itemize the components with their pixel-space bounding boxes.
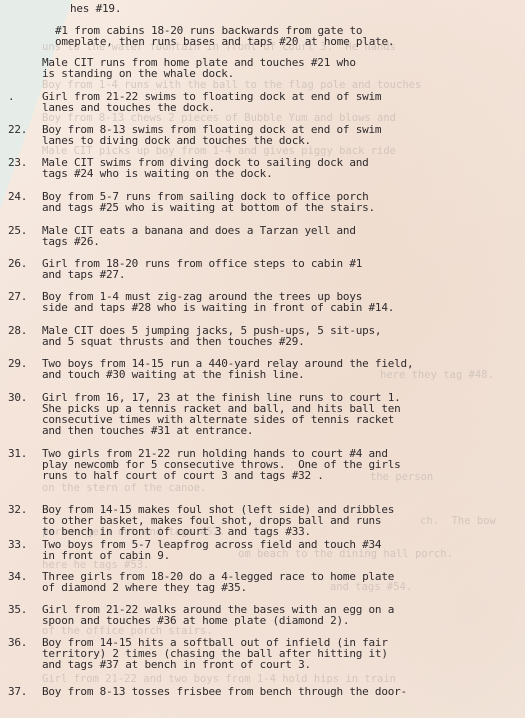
item-number: 22.	[8, 124, 27, 135]
item-text: Girl from 21-22 swims to floating dock a…	[42, 91, 381, 113]
item-number: 30.	[8, 392, 27, 403]
item-text: hes #19.	[70, 3, 121, 14]
item-line: omeplate, then runs bases and taps #20 a…	[55, 36, 394, 47]
item-text: Girl from 21-22 walks around the bases w…	[42, 604, 394, 626]
item-number: 34.	[8, 571, 27, 582]
item-line: in front of cabin 9.	[42, 550, 381, 561]
item-text: Girl from 16, 17, 23 at the finish line …	[42, 392, 401, 436]
item-text: #1 from cabins 18-20 runs backwards from…	[55, 25, 394, 47]
item-text: Male CIT runs from home plate and touche…	[42, 57, 356, 79]
item-line: side and taps #28 who is waiting in fron…	[42, 302, 394, 313]
item-text: Girl from 18-20 runs from office steps t…	[42, 258, 362, 280]
item-line: of diamond 2 where they tag #35.	[42, 582, 394, 593]
item-number: .	[8, 91, 14, 102]
document-page: hes #19.#1 from cabins 18-20 runs backwa…	[0, 0, 525, 718]
item-line: and tags #37 at bench in front of court …	[42, 659, 388, 670]
item-number: 29.	[8, 358, 27, 369]
item-number: 28.	[8, 325, 27, 336]
item-line: Boy from 8-13 tosses frisbee from bench …	[42, 686, 407, 697]
item-text: Two girls from 21-22 run holding hands t…	[42, 448, 401, 481]
item-line: and touch #30 waiting at the finish line…	[42, 369, 413, 380]
item-number: 31.	[8, 448, 27, 459]
item-number: 24.	[8, 191, 27, 202]
item-text: Boy from 8-13 tosses frisbee from bench …	[42, 686, 407, 697]
item-text: Boy from 5-7 runs from sailing dock to o…	[42, 191, 375, 213]
item-number: 37.	[8, 686, 27, 697]
item-text: Two boys from 5-7 leapfrog across field …	[42, 539, 381, 561]
item-number: 27.	[8, 291, 27, 302]
item-text: Three girls from 18-20 do a 4-legged rac…	[42, 571, 394, 593]
item-text: Boy from 8-13 swims from floating dock a…	[42, 124, 381, 146]
item-line: hes #19.	[70, 3, 121, 14]
item-number: 36.	[8, 637, 27, 648]
item-line: tags #26.	[42, 236, 356, 247]
item-number: 33.	[8, 539, 27, 550]
item-text: Boy from 1-4 must zig-zag around the tre…	[42, 291, 394, 313]
item-text: Male CIT does 5 jumping jacks, 5 push-up…	[42, 325, 381, 347]
item-number: 25.	[8, 225, 27, 236]
item-line: lanes to diving dock and touches the doc…	[42, 135, 381, 146]
item-number: 26.	[8, 258, 27, 269]
item-number: 32.	[8, 504, 27, 515]
item-text: Male CIT swims from diving dock to saili…	[42, 157, 369, 179]
item-line: is standing on the whale dock.	[42, 68, 356, 79]
item-text: Boy from 14-15 hits a softball out of in…	[42, 637, 388, 670]
item-line: spoon and touches #36 at home plate (dia…	[42, 615, 394, 626]
item-number: 35.	[8, 604, 27, 615]
item-line: and then touches #31 at entrance.	[42, 425, 401, 436]
item-text: Two boys from 14-15 run a 440-yard relay…	[42, 358, 413, 380]
item-line: and 5 squat thrusts and then touches #29…	[42, 336, 381, 347]
item-line: to bench in front of court 3 and tags #3…	[42, 526, 394, 537]
item-line: lanes and touches the dock.	[42, 102, 381, 113]
item-text: Male CIT eats a banana and does a Tarzan…	[42, 225, 356, 247]
item-line: tags #24 who is waiting on the dock.	[42, 168, 369, 179]
item-line: runs to half court of court 3 and tags #…	[42, 470, 401, 481]
item-line: and taps #27.	[42, 269, 362, 280]
item-text: Boy from 14-15 makes foul shot (left sid…	[42, 504, 394, 537]
item-line: and tags #25 who is waiting at bottom of…	[42, 202, 375, 213]
item-number: 23.	[8, 157, 27, 168]
